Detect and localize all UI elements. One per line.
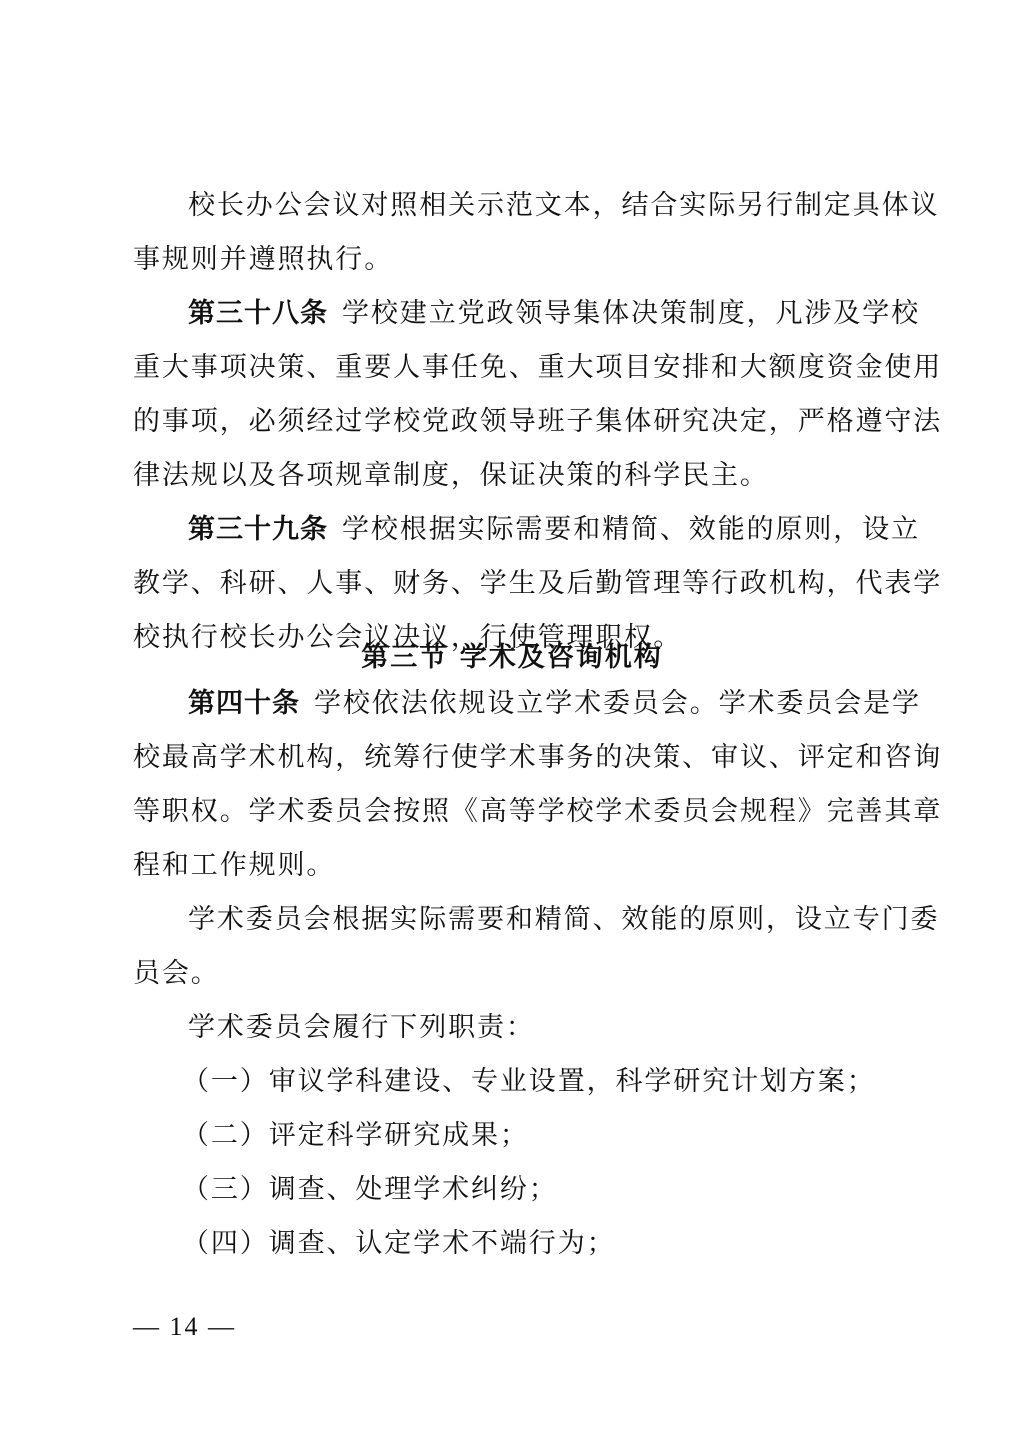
text-line: 事规则并遵照执行。 bbox=[133, 240, 893, 280]
text-line: 第三十九条学校根据实际需要和精简、效能的原则，设立 bbox=[188, 510, 893, 550]
list-item: （三）调查、处理学术纠纷； bbox=[182, 1170, 887, 1210]
article-number: 第三十八条 bbox=[188, 298, 328, 329]
list-item: （一）审议学科建设、专业设置，科学研究计划方案； bbox=[182, 1062, 887, 1102]
text-line: 教学、科研、人事、财务、学生及后勤管理等行政机构，代表学 bbox=[133, 564, 893, 604]
text-line: 程和工作规则。 bbox=[133, 846, 893, 886]
text-line: 校长办公会议对照相关示范文本，结合实际另行制定具体议 bbox=[188, 186, 893, 226]
article-text: 学校依法依规设立学术委员会。学术委员会是学 bbox=[314, 688, 921, 719]
text-line: 等职权。学术委员会按照《高等学校学术委员会规程》完善其章 bbox=[133, 792, 893, 832]
document-page: 校长办公会议对照相关示范文本，结合实际另行制定具体议 事规则并遵照执行。 第三十… bbox=[0, 0, 1024, 1448]
duties-intro: 学术委员会履行下列职责： bbox=[188, 1008, 893, 1048]
text-line: 第四十条学校依法依规设立学术委员会。学术委员会是学 bbox=[188, 684, 893, 724]
text-line: 员会。 bbox=[133, 954, 893, 994]
page-number: — 14 — bbox=[133, 1307, 236, 1347]
section-heading: 第三节 学术及咨询机构 bbox=[0, 638, 1024, 678]
text-line: 学术委员会根据实际需要和精简、效能的原则，设立专门委 bbox=[188, 900, 893, 940]
article-number: 第三十九条 bbox=[188, 514, 328, 545]
article-number: 第四十条 bbox=[188, 688, 300, 719]
article-text: 学校建立党政领导集体决策制度，凡涉及学校 bbox=[342, 298, 920, 329]
list-item: （二）评定科学研究成果； bbox=[182, 1116, 887, 1156]
text-line: 重大事项决策、重要人事任免、重大项目安排和大额度资金使用 bbox=[133, 348, 893, 388]
text-line: 律法规以及各项规章制度，保证决策的科学民主。 bbox=[133, 456, 893, 496]
text-line: 的事项，必须经过学校党政领导班子集体研究决定，严格遵守法 bbox=[133, 402, 893, 442]
article-text: 学校根据实际需要和精简、效能的原则，设立 bbox=[342, 514, 920, 545]
text-line: 第三十八条学校建立党政领导集体决策制度，凡涉及学校 bbox=[188, 294, 893, 334]
list-item: （四）调查、认定学术不端行为； bbox=[182, 1224, 887, 1264]
text-line: 校最高学术机构，统筹行使学术事务的决策、审议、评定和咨询 bbox=[133, 738, 893, 778]
